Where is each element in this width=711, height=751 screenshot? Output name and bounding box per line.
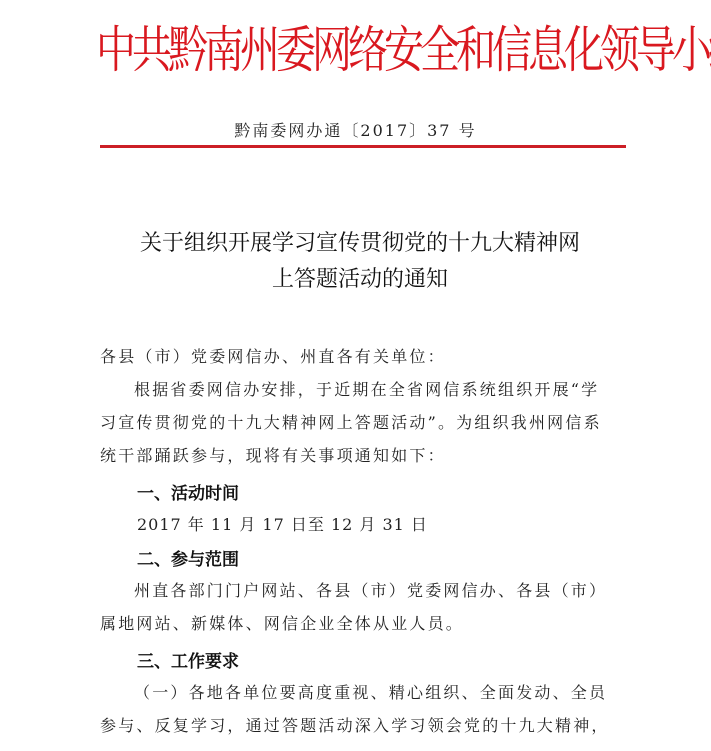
section-3-line-2: 参与、反复学习，通过答题活动深入学习领会党的十九大精神， — [100, 713, 650, 736]
masthead-title: 中共黔南州委网络安全和信息化领导小组办公室 — [96, 8, 632, 93]
intro-line-2: 习宣传贯彻党的十九大精神网上答题活动”。为组织我州网信系 — [100, 410, 650, 433]
section-heading-2: 二、参与范围 — [137, 545, 239, 570]
notice-title-line-2: 上答题活动的通知 — [80, 262, 640, 298]
section-2-line-1: 州直各部门门户网站、各县（市）党委网信办、各县（市） — [134, 578, 684, 601]
section-heading-3: 三、工作要求 — [137, 647, 239, 672]
intro-line-1: 根据省委网信办安排，于近期在全省网信系统组织开展“学 — [134, 377, 684, 400]
section-2-line-2: 属地网站、新媒体、网信企业全体从业人员。 — [100, 611, 650, 634]
notice-title-line-1: 关于组织开展学习宣传贯彻党的十九大精神网 — [80, 226, 640, 262]
red-divider-line — [100, 145, 626, 148]
notice-title: 关于组织开展学习宣传贯彻党的十九大精神网 上答题活动的通知 — [80, 226, 640, 298]
section-1-line-1: 2017 年 11 月 17 日至 12 月 31 日 — [137, 512, 687, 535]
document-number: 黔南委网办通〔2017〕37 号 — [0, 118, 711, 141]
intro-line-3: 统干部踊跃参与，现将有关事项通知如下： — [100, 443, 650, 466]
section-heading-1: 一、活动时间 — [137, 479, 239, 504]
section-3-line-1: （一）各地各单位要高度重视、精心组织、全面发动、全员 — [134, 680, 684, 703]
document-page: 中共黔南州委网络安全和信息化领导小组办公室 黔南委网办通〔2017〕37 号 关… — [0, 0, 711, 751]
salutation: 各县（市）党委网信办、州直各有关单位： — [100, 344, 650, 367]
